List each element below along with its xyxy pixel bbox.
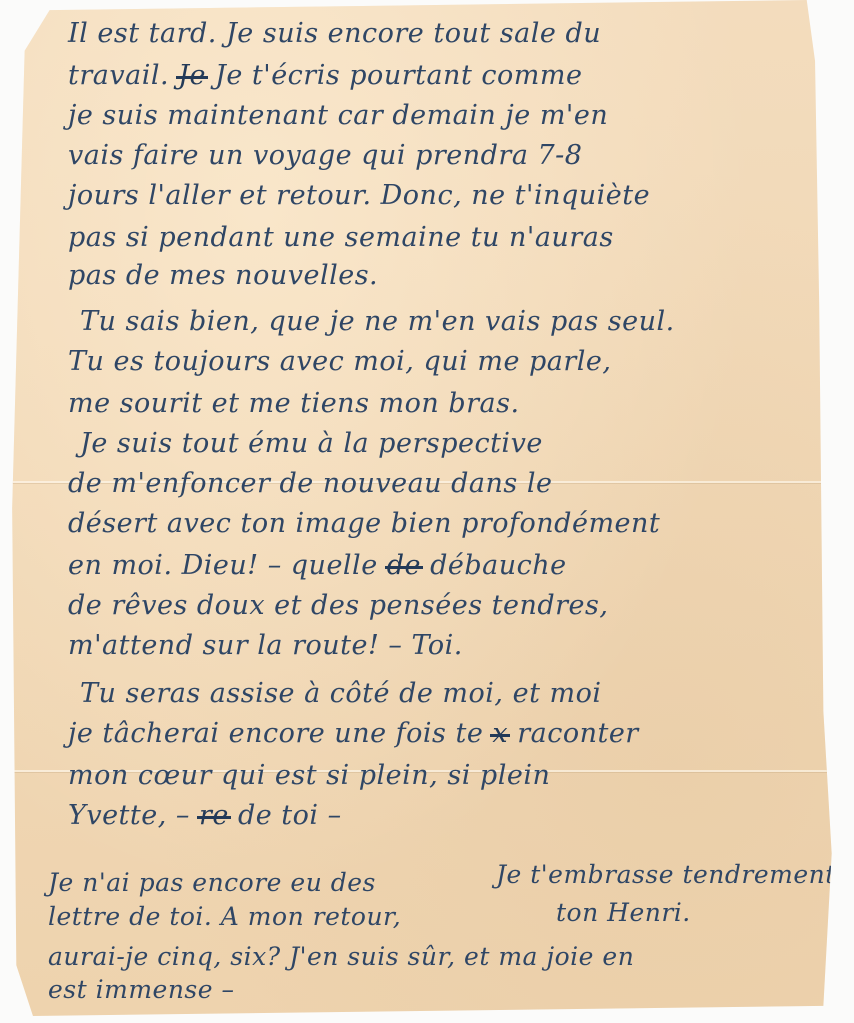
letter-line: Tu seras assise à côté de moi, et moi — [80, 678, 602, 709]
postscript-line: aurai-je cinq, six? J'en suis sûr, et ma… — [48, 942, 634, 971]
postscript-line: est immense – — [48, 975, 235, 1004]
letter-line: de m'enfoncer de nouveau dans le — [68, 468, 552, 499]
struck-word: de — [387, 550, 421, 581]
struck-word: Je — [178, 60, 206, 91]
letter-line: Tu es toujours avec moi, qui me parle, — [68, 346, 611, 377]
struck-word: re — [199, 800, 229, 831]
text-fragment: raconter — [508, 718, 639, 749]
text-fragment: de toi – — [229, 800, 342, 831]
letter-line: pas si pendant une semaine tu n'auras — [68, 222, 614, 253]
text-fragment: débauche — [421, 550, 567, 581]
letter-line: mon cœur qui est si plein, si plein — [68, 760, 550, 791]
text-fragment: Je t'écris pourtant comme — [206, 60, 583, 91]
letter-line: Yvette, – re de toi – — [68, 800, 342, 831]
letter-line: de rêves doux et des pensées tendres, — [68, 590, 608, 621]
letter-line: vais faire un voyage qui prendra 7-8 — [68, 140, 582, 171]
letter-line: Je suis tout ému à la perspective — [80, 428, 543, 459]
text-fragment: en moi. Dieu! – quelle — [68, 550, 387, 581]
letter-line: Il est tard. Je suis encore tout sale du — [68, 18, 601, 49]
letter-line: en moi. Dieu! – quelle de débauche — [68, 550, 567, 581]
letter-line: travail. Je Je t'écris pourtant comme — [68, 60, 582, 91]
closing-line: Je t'embrasse tendrement — [496, 860, 836, 889]
text-fragment: Yvette, – — [68, 800, 199, 831]
letter-line: désert avec ton image bien profondément — [68, 508, 660, 539]
signature: ton Henri. — [556, 898, 691, 927]
letter-line: m'attend sur la route! – Toi. — [68, 630, 463, 661]
struck-word: x — [492, 718, 508, 749]
text-fragment: travail. — [68, 60, 178, 91]
letter-line: je suis maintenant car demain je m'en — [68, 100, 608, 131]
letter-line: je tâcherai encore une fois te x raconte… — [68, 718, 639, 749]
postscript-line: lettre de toi. A mon retour, — [48, 902, 401, 931]
letter-page: Il est tard. Je suis encore tout sale du… — [8, 0, 840, 1016]
text-fragment: je tâcherai encore une fois te — [68, 718, 492, 749]
letter-line: Tu sais bien, que je ne m'en vais pas se… — [80, 306, 675, 337]
letter-line: pas de mes nouvelles. — [68, 260, 378, 291]
letter-line: me sourit et me tiens mon bras. — [68, 388, 520, 419]
postscript-line: Je n'ai pas encore eu des — [48, 868, 376, 897]
letter-line: jours l'aller et retour. Donc, ne t'inqu… — [68, 180, 650, 211]
